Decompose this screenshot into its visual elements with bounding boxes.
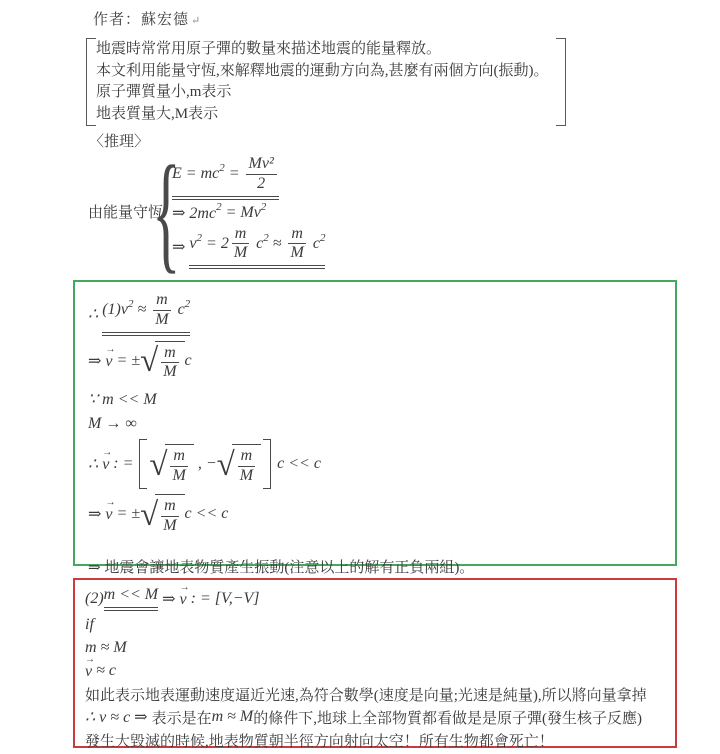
numerator: m: [153, 292, 171, 311]
fraction: mM: [237, 448, 256, 485]
intro-bracket-block: 地震時常常用原子彈的數量來描述地震的能量釋放。本文利用能量守恆,來解釋地震的運動…: [86, 37, 566, 127]
radical-icon: √: [140, 499, 158, 532]
math-text: M → ∞: [88, 415, 137, 433]
denominator: M: [288, 244, 307, 262]
formula-line: ⇒ v2 = 2mM c2 ≈ mM c2: [172, 226, 325, 270]
green-result-box: ∴ (1)v2 ≈ mM c2⇒ →v = ±√mMc∵ m << MM → ∞…: [73, 280, 677, 566]
formula-line: 如此表示地表運動速度逼近光速,為符合數學(速度是向量;光速是純量),所以將向量拿…: [85, 683, 669, 705]
denominator: 2: [254, 175, 268, 193]
denominator: M: [231, 244, 250, 262]
superscript: 2: [320, 232, 326, 244]
formula-line: ⇒ →v = ±√mMc << c: [88, 494, 667, 535]
intro-line: 本文利用能量守恆,來解釋地震的運動方向為,甚麼有兩個方向(振動)。: [96, 61, 554, 83]
numerator: m: [288, 226, 306, 245]
underlined-group: (1)v2 ≈ mM c2: [102, 292, 190, 336]
radical-icon: √: [140, 345, 158, 378]
intro-line: 原子彈質量小,m表示: [96, 82, 554, 104]
formula-line: ⇒ 地震會讓地表物質產生振動(注意以上的解有正負兩組)。: [88, 556, 667, 577]
big-left-bracket-icon: [139, 439, 147, 489]
fraction: mM: [170, 448, 189, 485]
denominator: M: [160, 363, 179, 381]
superscript: 2: [216, 201, 222, 213]
red-result-box: (2)m << M ⇒ →v : = [V,−V]ifm ≈ M→v ≈ c如此…: [73, 578, 677, 748]
superscript: 2: [261, 201, 267, 213]
formula-line: →v ≈ c: [85, 660, 669, 682]
math-text: c: [252, 235, 263, 253]
prose-text: ⇒ 地震會讓地表物質產生振動(注意以上的解有正負兩組)。: [88, 556, 474, 577]
underlined-group: v2 = 2mM c2 ≈ mM c2: [189, 226, 325, 270]
radicand: mM: [155, 494, 184, 535]
document-page: { "page": { "background": "#ffffff", "in…: [0, 0, 720, 754]
radicand: mM: [155, 341, 184, 382]
superscript: 2: [197, 232, 203, 244]
fraction: mM: [288, 226, 307, 263]
formula-line: (2)m << M ⇒ →v : = [V,−V]: [85, 586, 669, 611]
intro-line: 地震時常常用原子彈的數量來描述地震的能量釋放。: [96, 39, 554, 61]
formula-line: 發生大毀滅的時候,地表物質朝半徑方向射向太空！所有生物都會死亡！: [85, 729, 669, 751]
math-text: ⇒: [158, 589, 179, 609]
math-text: m ≈ M: [212, 708, 254, 726]
fraction: Mv²2: [246, 156, 277, 193]
formula-line: M → ∞: [88, 414, 667, 434]
vector: →v: [85, 663, 92, 681]
derivation-lines: E = mc2 = Mv²2⇒ 2mc2 = Mv2⇒ v2 = 2mM c2 …: [172, 153, 325, 272]
vector: →v: [180, 591, 187, 609]
intro-lines: 地震時常常用原子彈的數量來描述地震的能量釋放。本文利用能量守恆,來解釋地震的運動…: [96, 39, 554, 125]
author-text: 作者：蘇宏德: [93, 12, 189, 28]
vector-arrow-icon: →: [105, 344, 114, 355]
numerator: m: [170, 448, 188, 467]
prose-text: 發生大毀滅的時候,地表物質朝半徑方向射向太空！所有生物都會死亡！: [85, 730, 554, 751]
math-text: : =: [109, 455, 137, 473]
math-text: ⇒: [88, 351, 105, 371]
math-text: E = mc: [172, 165, 219, 183]
numerator: m: [238, 448, 256, 467]
math-text: ≈: [269, 235, 286, 253]
math-text: ∴ v ≈ c ⇒: [85, 707, 152, 727]
vector: →v: [105, 506, 112, 524]
math-text: =: [225, 165, 244, 183]
math-text: if: [85, 616, 94, 634]
math-text: (2): [85, 590, 104, 608]
vector-arrow-icon: →: [85, 654, 94, 665]
denominator: M: [160, 517, 179, 535]
square-root: √mM: [217, 444, 261, 485]
formula-line: ∵ m << M: [88, 389, 667, 409]
math-text: = ±: [113, 505, 141, 523]
paragraph-mark-icon: ↵: [191, 15, 201, 27]
left-bracket-icon: [86, 38, 96, 126]
reasoning-label: 〈推理〉: [89, 130, 149, 151]
superscript: 2: [185, 298, 191, 310]
author-line: 作者：蘇宏德↵: [93, 8, 201, 29]
math-text: ∴: [88, 304, 102, 324]
math-text: m << M: [104, 586, 158, 604]
math-text: c << c: [185, 505, 229, 523]
superscript: 2: [128, 298, 134, 310]
formula-line: if: [85, 614, 669, 636]
math-text: = 2: [202, 235, 229, 253]
superscript: 2: [219, 162, 225, 174]
radical-icon: √: [149, 449, 167, 482]
math-text: ⇒: [172, 237, 189, 257]
right-bracket-icon: [556, 38, 566, 126]
radicand: mM: [165, 444, 194, 485]
underlined-group: E = mc2 = Mv²2: [172, 156, 279, 200]
formula-line: ⇒ →v = ±√mMc: [88, 341, 667, 382]
superscript: 2: [263, 232, 269, 244]
big-right-bracket-icon: [263, 439, 271, 489]
math-text: = Mv: [222, 204, 261, 222]
vector: →v: [102, 456, 109, 474]
underlined-group: m << M: [104, 586, 158, 611]
denominator: M: [170, 467, 189, 485]
math-text: : = [V,−V]: [187, 590, 260, 608]
math-text: c: [185, 352, 192, 370]
math-text: (1)v: [102, 301, 128, 319]
math-text: c: [174, 301, 185, 319]
square-root: √mM: [149, 444, 193, 485]
radicand: mM: [232, 444, 261, 485]
square-root: √mM: [140, 494, 184, 535]
math-text: ∵ m << M: [88, 389, 157, 409]
vector: →v: [105, 353, 112, 371]
vector-arrow-icon: →: [180, 582, 189, 593]
math-text: ∴: [88, 454, 102, 474]
denominator: M: [237, 467, 256, 485]
formula-line: E = mc2 = Mv²2: [172, 156, 325, 200]
radical-icon: √: [217, 449, 235, 482]
math-text: v: [189, 235, 196, 253]
vector-arrow-icon: →: [105, 497, 114, 508]
denominator: M: [152, 311, 171, 329]
prose-text: 的條件下,地球上全部物質都看做是是原子彈(發生核子反應): [253, 707, 642, 728]
vector-arrow-icon: →: [102, 447, 111, 458]
math-text: ⇒ 2mc: [172, 203, 216, 223]
math-text: , −: [194, 455, 217, 473]
math-text: ≈: [133, 301, 150, 319]
math-text: c: [309, 235, 320, 253]
numerator: m: [161, 498, 179, 517]
fraction: mM: [160, 345, 179, 382]
math-text: ⇒: [88, 504, 105, 524]
math-text: ≈ c: [92, 662, 116, 680]
numerator: m: [232, 226, 250, 245]
numerator: Mv²: [246, 156, 277, 175]
formula-line: m ≈ M: [85, 637, 669, 659]
math-text: = ±: [113, 352, 141, 370]
square-root: √mM: [140, 341, 184, 382]
prose-text: 表示是在: [152, 707, 212, 728]
fraction: mM: [152, 292, 171, 329]
math-text: c << c: [273, 455, 321, 473]
fraction: mM: [231, 226, 250, 263]
numerator: m: [161, 345, 179, 364]
formula-line: ∴ v ≈ c ⇒ 表示是在m ≈ M的條件下,地球上全部物質都看做是是原子彈(…: [85, 706, 669, 728]
formula-line: ⇒ 2mc2 = Mv2: [172, 203, 325, 223]
energy-derivation: 由能量守恆 { E = mc2 = Mv²2⇒ 2mc2 = Mv2⇒ v2 =…: [88, 153, 568, 273]
intro-line: 地表質量大,M表示: [96, 104, 554, 126]
formula-line: ∴ (1)v2 ≈ mM c2: [88, 292, 667, 336]
prose-text: 如此表示地表運動速度逼近光速,為符合數學(速度是向量;光速是純量),所以將向量拿…: [85, 684, 647, 705]
formula-line: ∴ →v : = √mM , −√mM c << c: [88, 439, 667, 489]
fraction: mM: [160, 498, 179, 535]
